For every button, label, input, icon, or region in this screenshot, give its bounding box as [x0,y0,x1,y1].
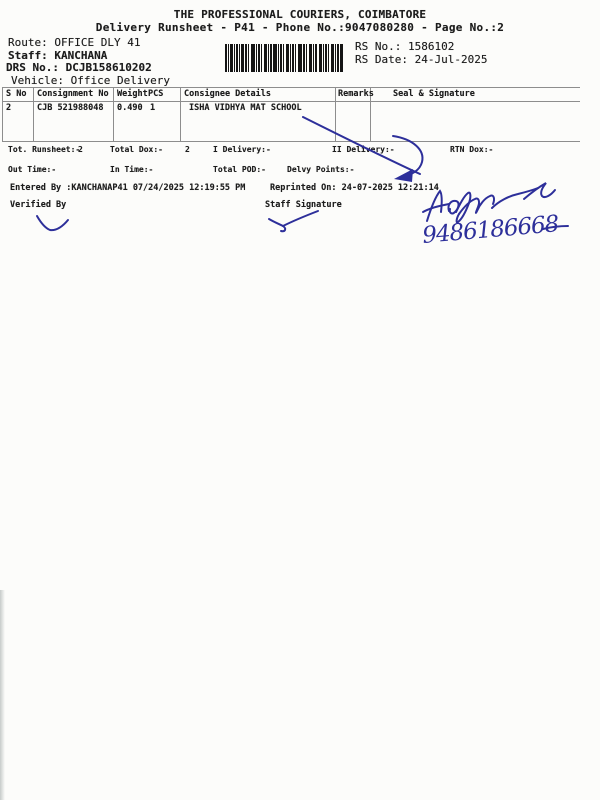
verified-by-label: Verified By [10,201,66,210]
scanned-delivery-runsheet: THE PROFESSIONAL COURIERS, COIMBATORE De… [0,0,600,800]
row-s-no: 2 [6,104,11,113]
rs-no-field: RS No.: 1586102 [355,41,454,53]
handwritten-phone-number: 9486186668 [421,211,568,249]
in-time-label: In Time:- [110,166,153,175]
col-header-weight: Weight [117,90,148,99]
col-header-seal: Seal & Signature [393,90,475,99]
row-consignment: CJB 521988048 [37,104,104,113]
table-border-bottom [2,141,580,142]
col-header-s-no: S No [6,90,26,99]
vehicle-field: Vehicle: Office Delivery [11,75,170,87]
rtn-dox-label: RTN Dox:- [450,146,493,155]
i-delivery-label: I Delivery:- [213,146,271,155]
ii-delivery-label: II Delivery:- [332,146,395,155]
table-vline [2,87,3,141]
rs-date-field: RS Date: 24-Jul-2025 [355,54,487,66]
table-vline [33,87,34,141]
verified-by-tick-icon [37,216,68,230]
document-title: THE PROFESSIONAL COURIERS, COIMBATORE [174,9,426,21]
delvy-points-label: Delvy Points:- [287,166,354,175]
pen-annotations: 9486186668 [0,0,600,800]
col-header-consignee: Consignee Details [184,90,271,99]
barcode-icon [225,44,343,72]
table-border-top [2,87,580,88]
entered-by-field: Entered By :KANCHANAP41 07/24/2025 12:19… [10,184,245,193]
staff-signature-label: Staff Signature [265,201,342,210]
col-header-pcs: PCS [148,90,163,99]
table-vline [113,87,114,141]
col-header-remarks: Remarks [338,90,374,99]
table-vline [335,87,336,141]
total-dox-value: 2 [185,146,190,155]
table-header-divider [2,101,580,102]
handwritten-signature [423,183,555,222]
out-time-label: Out Time:- [8,166,56,175]
drs-no-field: DRS No.: DCJB158610202 [6,62,152,74]
reprinted-on-field: Reprinted On: 24-07-2025 12:21:14 [270,184,439,193]
total-pod-label: Total POD:- [213,166,266,175]
col-header-consignment: Consignment No [37,90,109,99]
staff-signature-tick-icon [269,211,318,231]
document-subtitle: Delivery Runsheet - P41 - Phone No.:9047… [96,22,504,34]
tot-runsheet-label: Tot. Runsheet:- [8,146,80,155]
row-consignee: ISHA VIDHYA MAT SCHOOL [189,104,302,113]
scan-edge-shadow [0,590,5,800]
tot-runsheet-value: 2 [78,146,83,155]
total-dox-label: Total Dox:- [110,146,163,155]
row-pcs: 1 [150,104,155,113]
handwritten-phone-text: 9486186668 [421,211,559,249]
table-vline [180,87,181,141]
row-weight: 0.490 [117,104,143,113]
route-field: Route: OFFICE DLY 41 [8,37,140,49]
